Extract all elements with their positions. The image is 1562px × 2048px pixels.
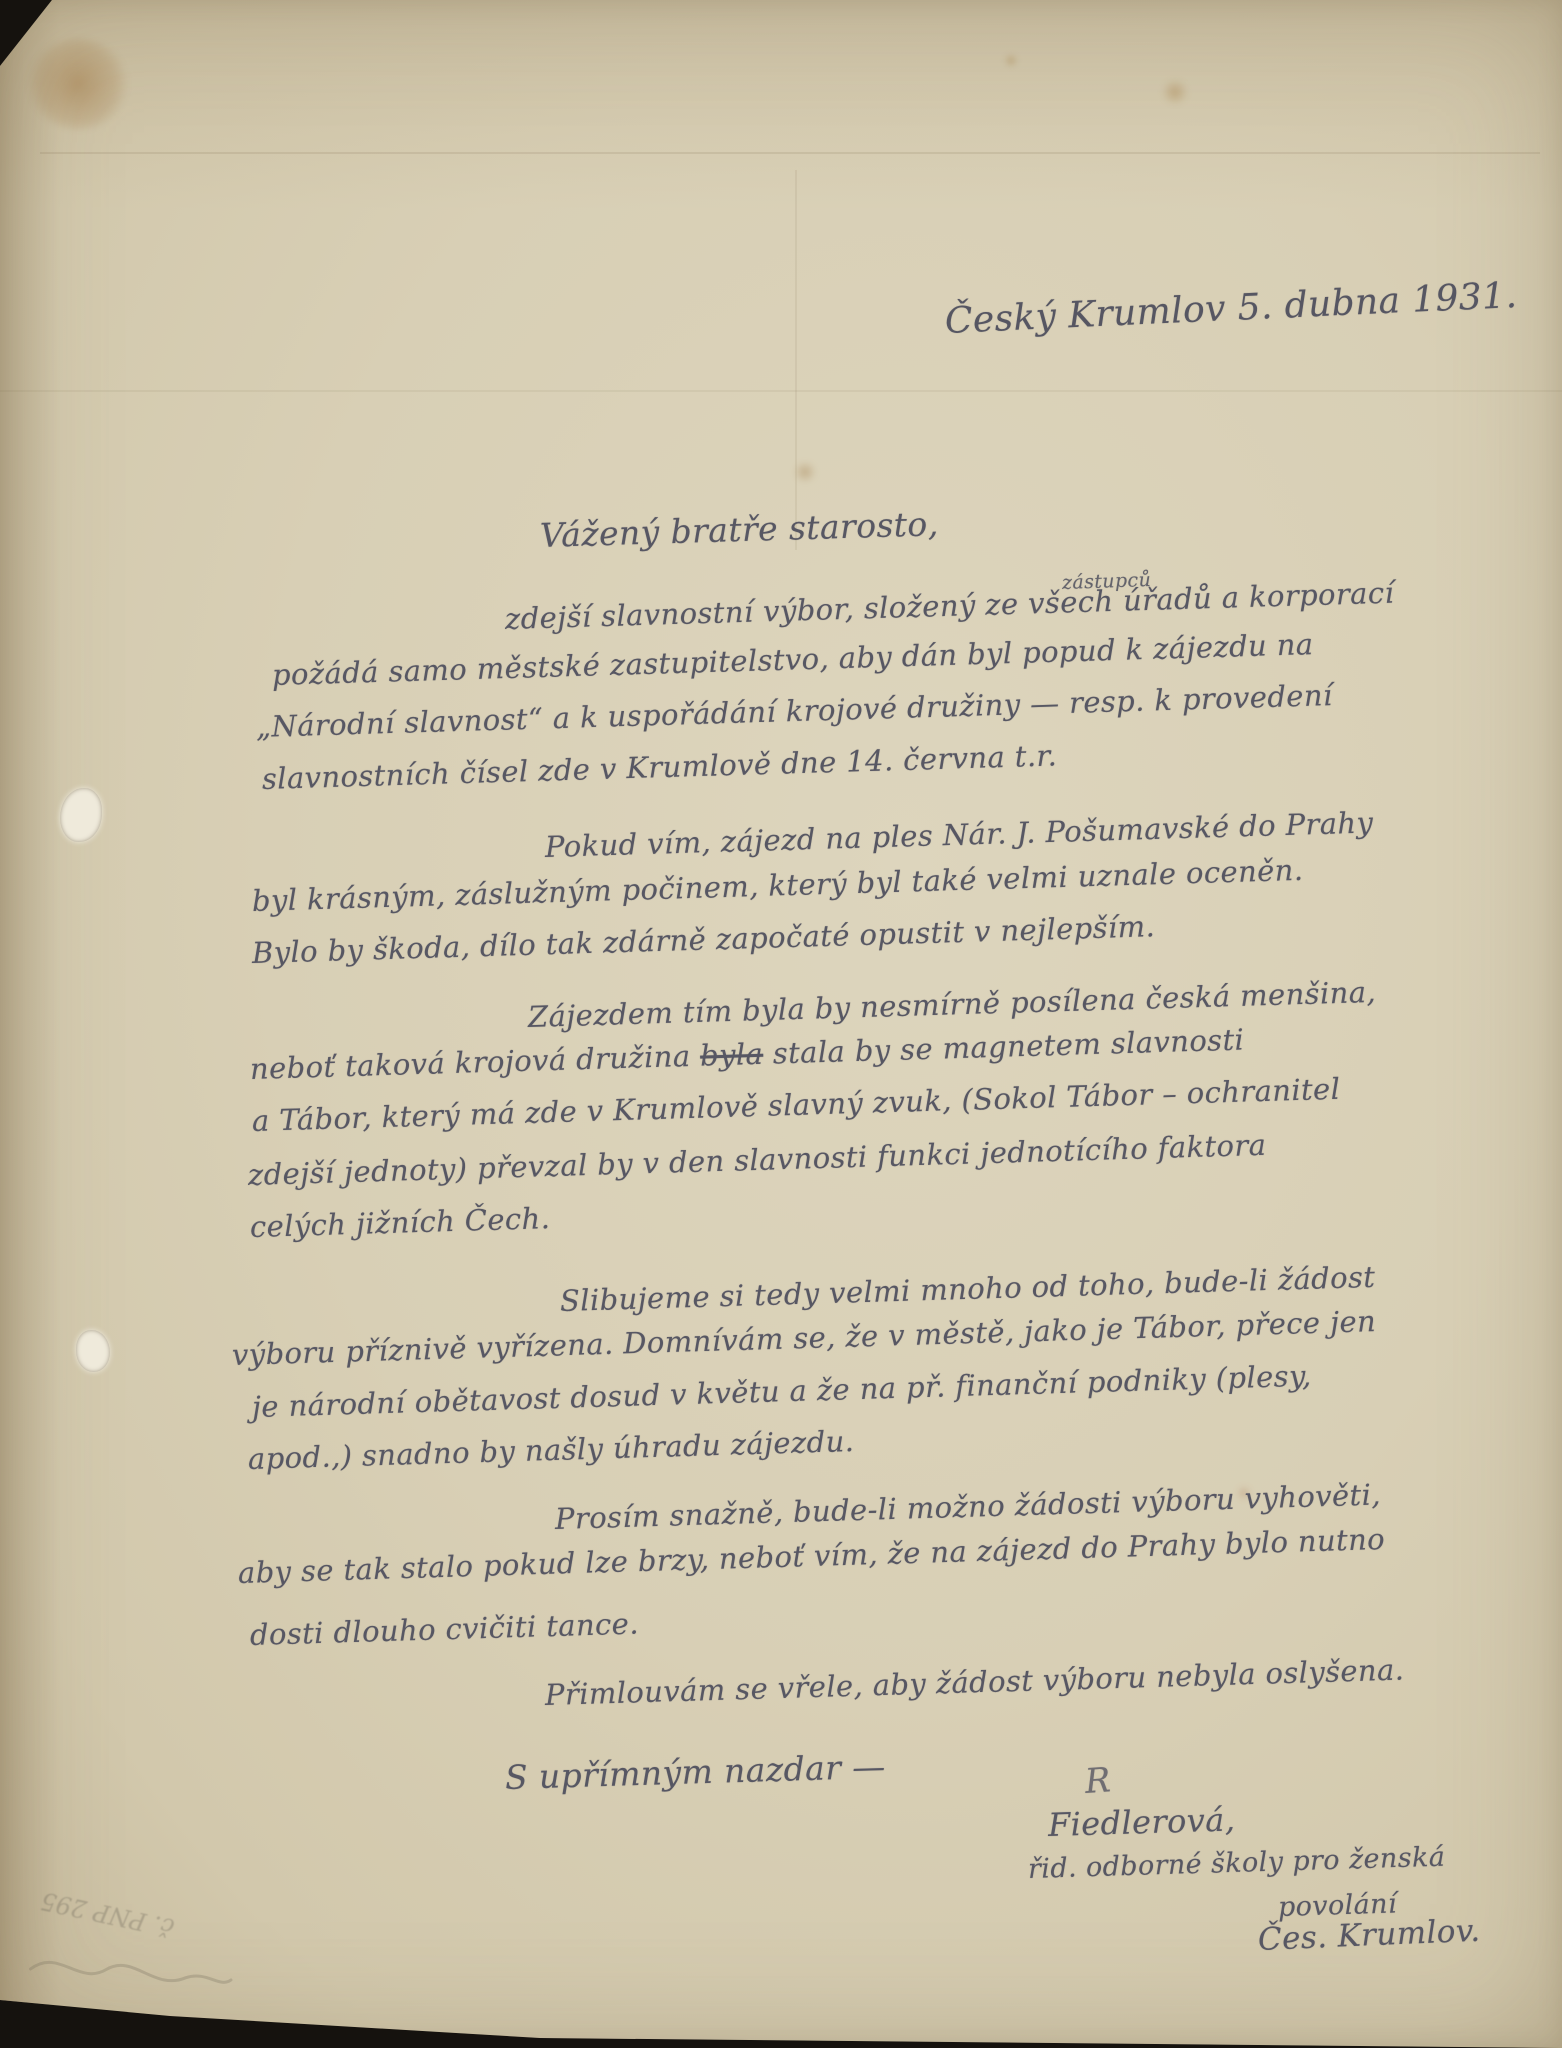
paper-stain xyxy=(792,462,818,482)
scanner-background: { "document_kind": "scanned handwritten … xyxy=(0,0,1562,2048)
horizontal-crease xyxy=(40,152,1540,154)
signature-name: Fiedlerová, xyxy=(1047,1800,1235,1844)
paper-hole xyxy=(76,1330,110,1372)
horizontal-crease xyxy=(0,390,1562,392)
letter-paper: Český Krumlov 5. dubna 1931. Vážený brat… xyxy=(0,0,1562,2048)
signature-flourish: R xyxy=(1084,1760,1113,1803)
paper-stain xyxy=(1004,54,1018,67)
paper-stain xyxy=(1160,80,1190,104)
vertical-crease xyxy=(795,170,797,550)
paper-stain xyxy=(28,38,128,130)
struck-out-word: byla xyxy=(700,1037,764,1073)
